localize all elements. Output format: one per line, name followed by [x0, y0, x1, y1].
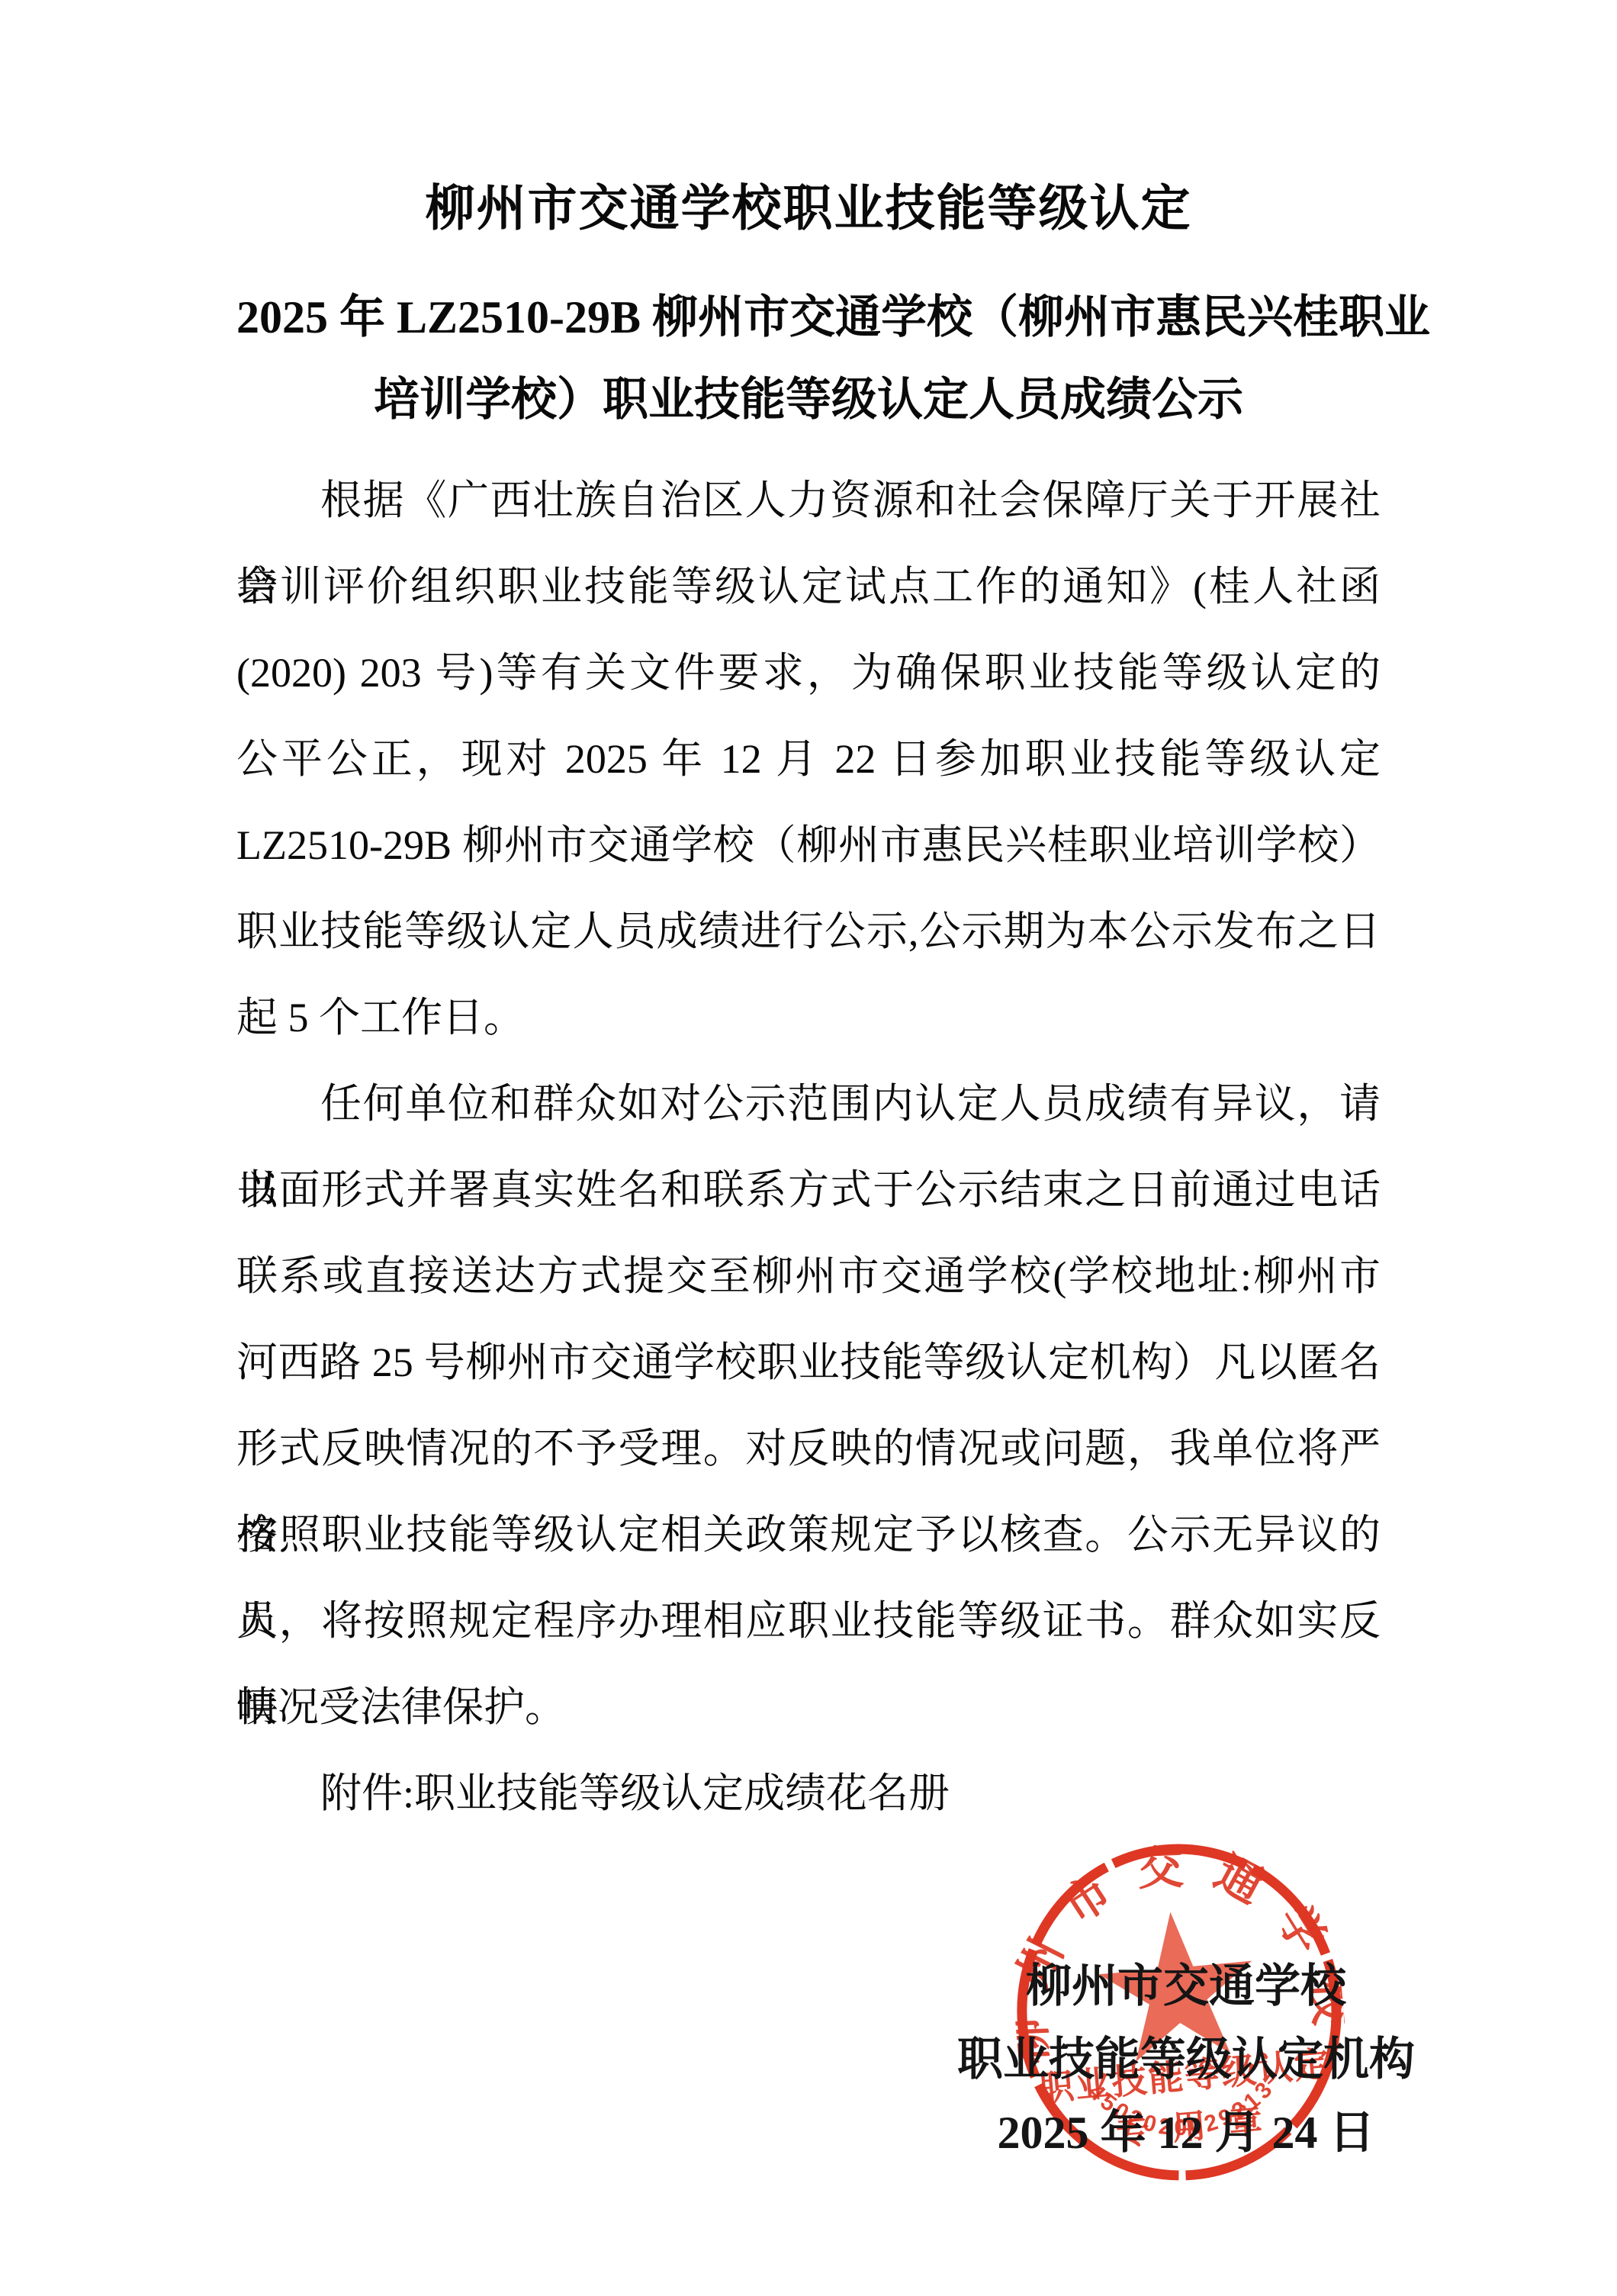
- body-line: (2020) 203 号)等有关文件要求，为确保职业技能等级认定的: [236, 630, 1381, 716]
- body-line: 起 5 个工作日。: [236, 975, 1381, 1061]
- body-line: 员，将按照规定程序办理相应职业技能等级证书。群众如实反映: [236, 1578, 1381, 1664]
- body-text: 根据《广西壮族自治区人力资源和社会保障厅关于开展社会 培训评价组织职业技能等级认…: [236, 458, 1381, 1837]
- body-line: 按照职业技能等级认定相关政策规定予以核查。公示无异议的人: [236, 1492, 1381, 1578]
- body-line: 根据《广西壮族自治区人力资源和社会保障厅关于开展社会: [236, 458, 1381, 544]
- document-content: 柳州市交通学校职业技能等级认定 2025 年 LZ2510-29B 柳州市交通学…: [0, 0, 1617, 1837]
- signature-org-line2: 职业技能等级认定机构: [862, 2023, 1510, 2096]
- body-line: 培训评价组织职业技能等级认定试点工作的通知》(桂人社函: [236, 544, 1381, 630]
- body-line: 任何单位和群众如对公示范围内认定人员成绩有异议，请以: [236, 1061, 1381, 1147]
- body-line: 职业技能等级认定人员成绩进行公示,公示期为本公示发布之日: [236, 889, 1381, 975]
- signature-block: 柳州市交通学校 职业技能等级认定机构 2025 年 12 月 24 日: [862, 1950, 1510, 2169]
- body-line: LZ2510-29B 柳州市交通学校（柳州市惠民兴桂职业培训学校）: [236, 802, 1381, 889]
- body-line: 情况受法律保护。: [236, 1664, 1381, 1751]
- body-line: 形式反映情况的不予受理。对反映的情况或问题，我单位将严格: [236, 1406, 1381, 1492]
- page-title: 柳州市交通学校职业技能等级认定: [236, 180, 1381, 238]
- body-line: 公平公正，现对 2025 年 12 月 22 日参加职业技能等级认定: [236, 716, 1381, 802]
- doc-subtitle-line2: 培训学校）职业技能等级认定人员成绩公示: [236, 359, 1381, 441]
- attachment-line: 附件:职业技能等级认定成绩花名册: [236, 1751, 1381, 1837]
- body-line: 书面形式并署真实姓名和联系方式于公示结束之日前通过电话: [236, 1147, 1381, 1233]
- body-line: 联系或直接送达方式提交至柳州市交通学校(学校地址:柳州市: [236, 1233, 1381, 1320]
- signature-org-line1: 柳州市交通学校: [862, 1950, 1510, 2023]
- signature-date: 2025 年 12 月 24 日: [862, 2096, 1510, 2169]
- doc-subtitle-line1: 2025 年 LZ2510-29B 柳州市交通学校（柳州市惠民兴桂职业: [236, 276, 1381, 359]
- body-line: 河西路 25 号柳州市交通学校职业技能等级认定机构）凡以匿名: [236, 1320, 1381, 1406]
- document-page: 柳州市交通学校职业技能等级认定 2025 年 LZ2510-29B 柳州市交通学…: [0, 0, 1617, 2296]
